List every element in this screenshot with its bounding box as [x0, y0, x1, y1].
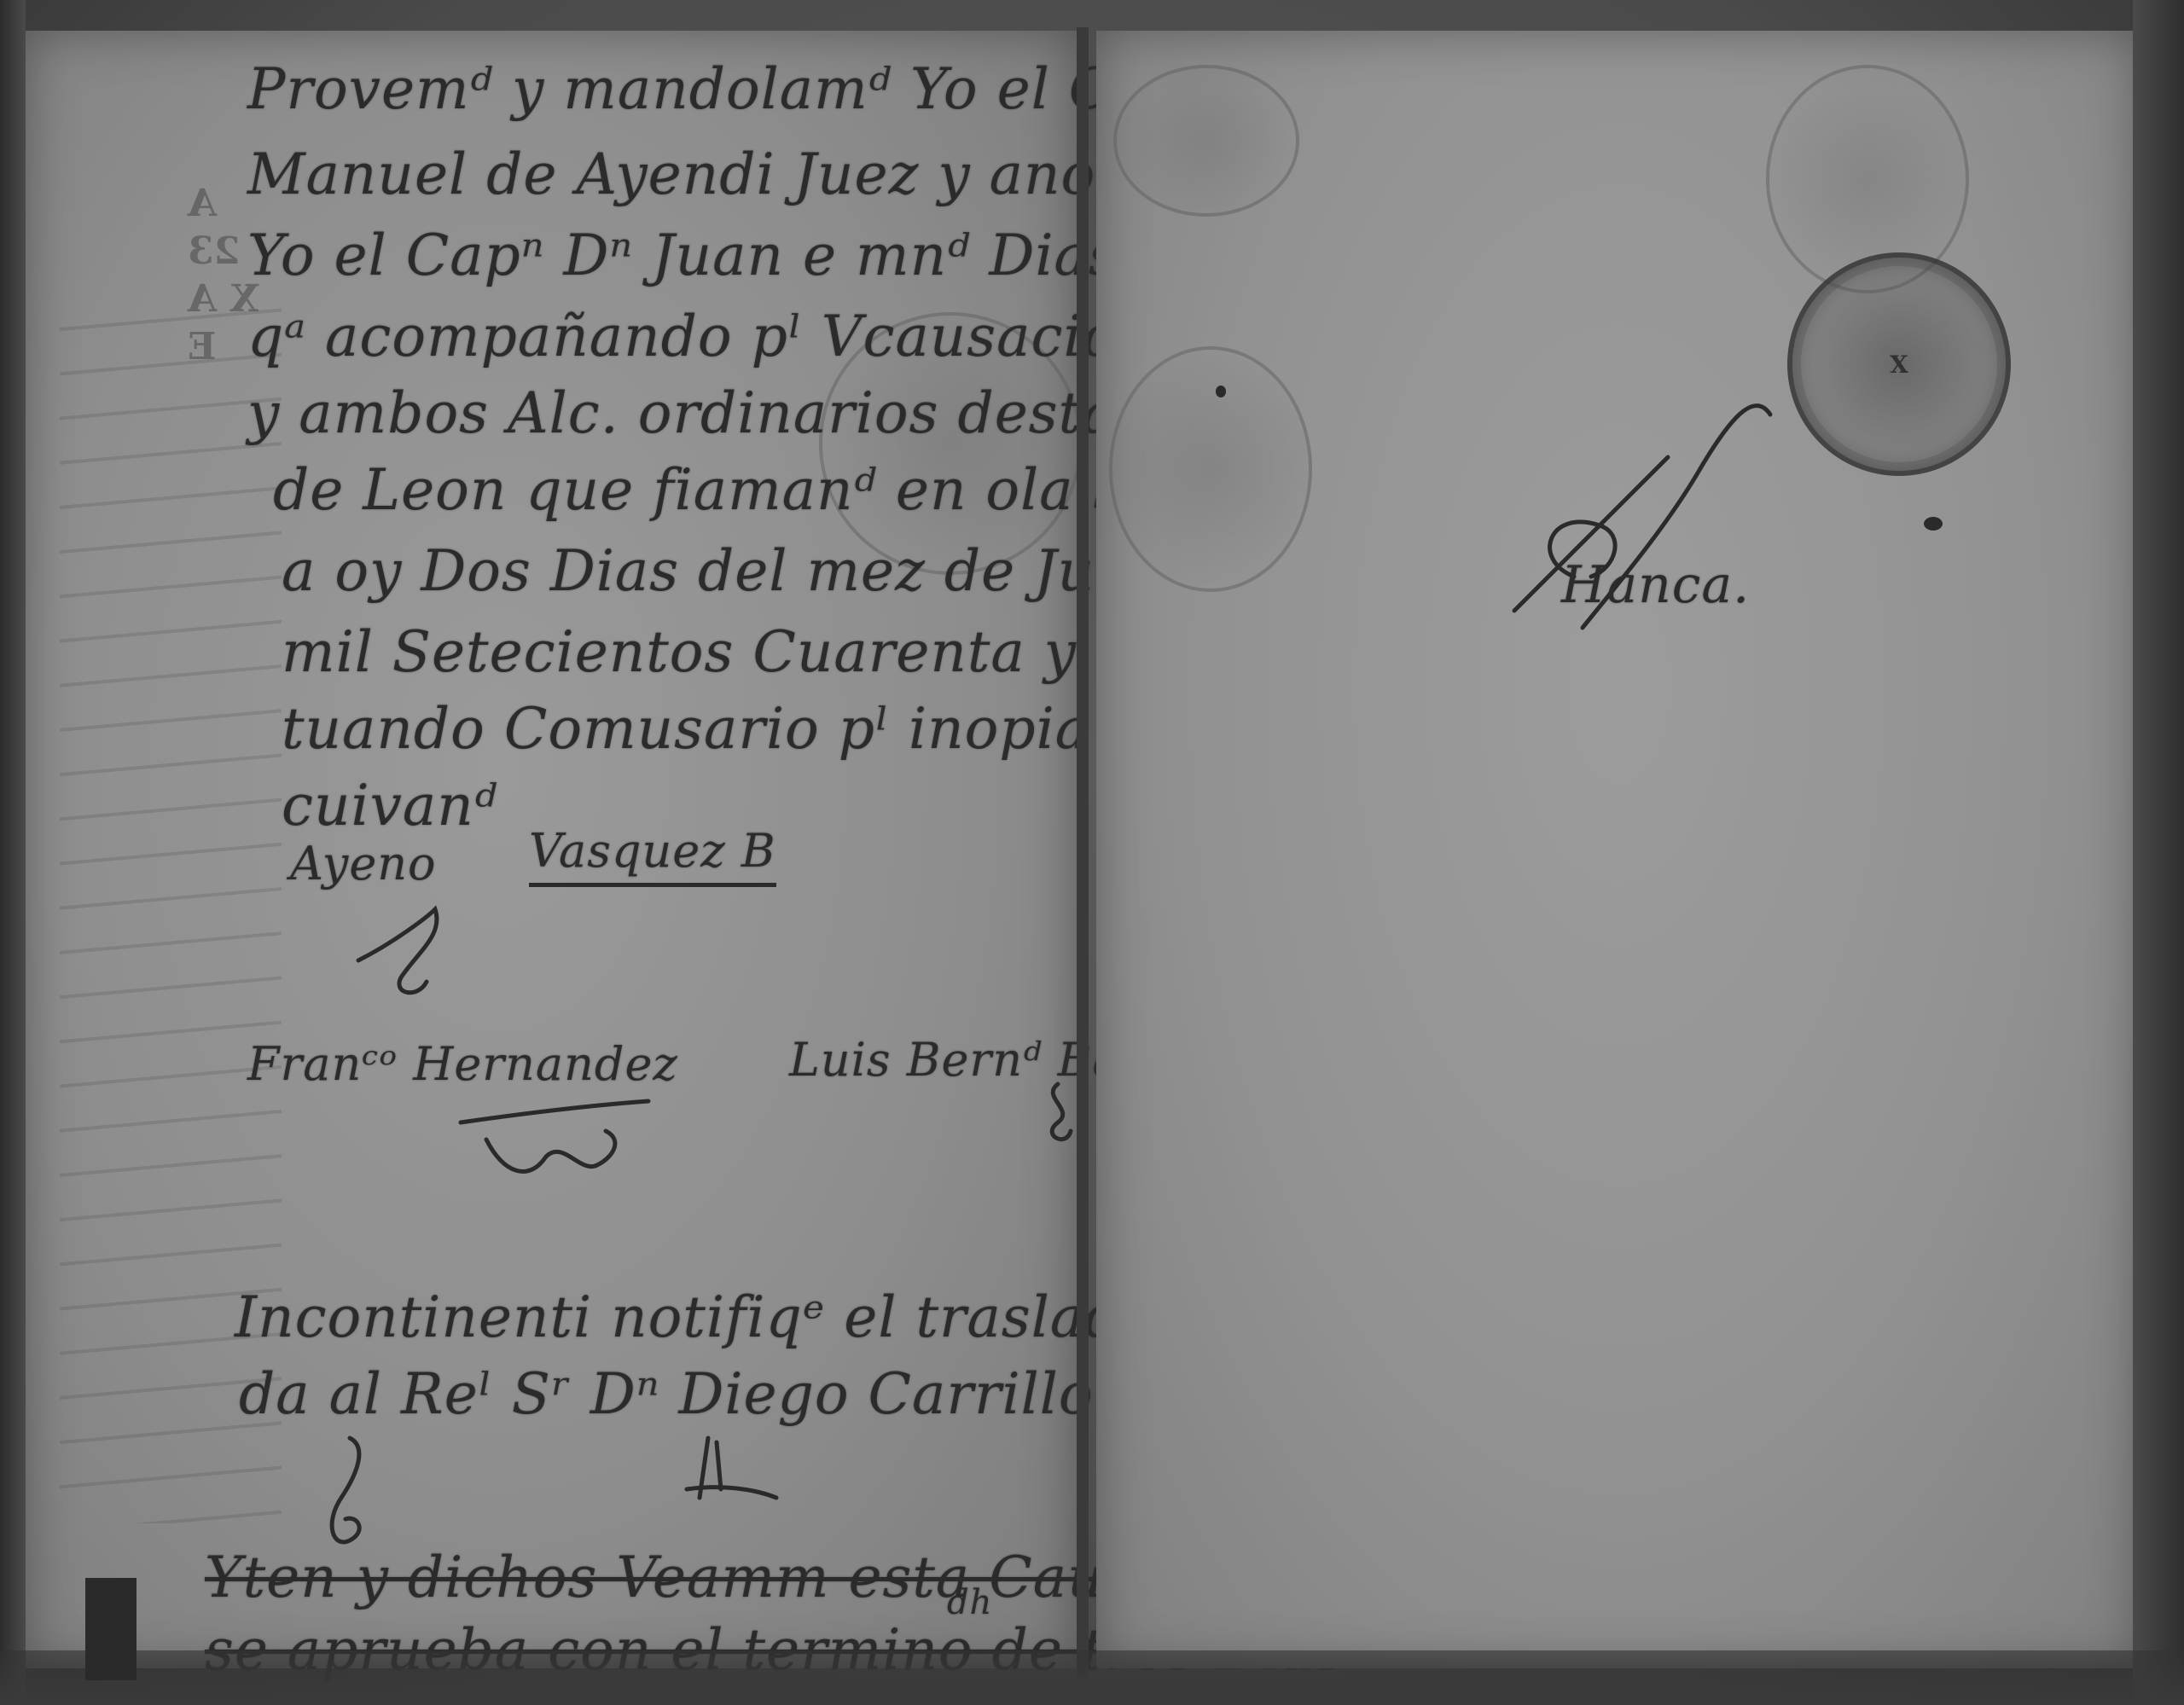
right-page: Un quartillo SELLO QVARTO, VN QVAR- TILL… [1096, 31, 2141, 1668]
ink-seal-stamp: X [1787, 252, 2011, 476]
rubric-flourish-icon [452, 1088, 674, 1191]
signature-francisco-hernandez: Franᶜᵒ Hernandez [247, 1037, 678, 1091]
page-gutter-divider [1077, 27, 1089, 1678]
scan-right-edge [2133, 0, 2184, 1705]
marginal-mark: dh [947, 1583, 992, 1622]
film-marker-tab [85, 1578, 136, 1680]
scan-left-edge [0, 0, 26, 1705]
signature-vasquez: Vasquez B [529, 824, 776, 887]
signature-ayeno: Ayeno [290, 837, 437, 890]
signature-luis-bernardo-baz: Luis Bernᵈ Baz [789, 1033, 1146, 1087]
ink-dot [1216, 386, 1226, 397]
rubric-flourish-icon [674, 1430, 793, 1515]
faint-seal-mid-left [1109, 346, 1312, 592]
seal-center-mark: X [1890, 351, 1908, 379]
rubric-flourish-icon [1032, 1080, 1083, 1148]
rubric-flourish-icon [299, 1421, 401, 1557]
left-page: A 23 X A E Provemᵈ y mandolamᵈ Yo el Cap… [26, 31, 1077, 1668]
scan-bottom-edge [0, 1650, 2184, 1705]
faint-seal-top-left [1113, 65, 1299, 217]
rubric-flourish-icon [341, 884, 469, 1003]
manuscript-line-10: cuivanᵈ [282, 773, 497, 838]
ink-blot [1924, 517, 1943, 531]
signature-hanca: Hanca. [1561, 555, 1750, 615]
